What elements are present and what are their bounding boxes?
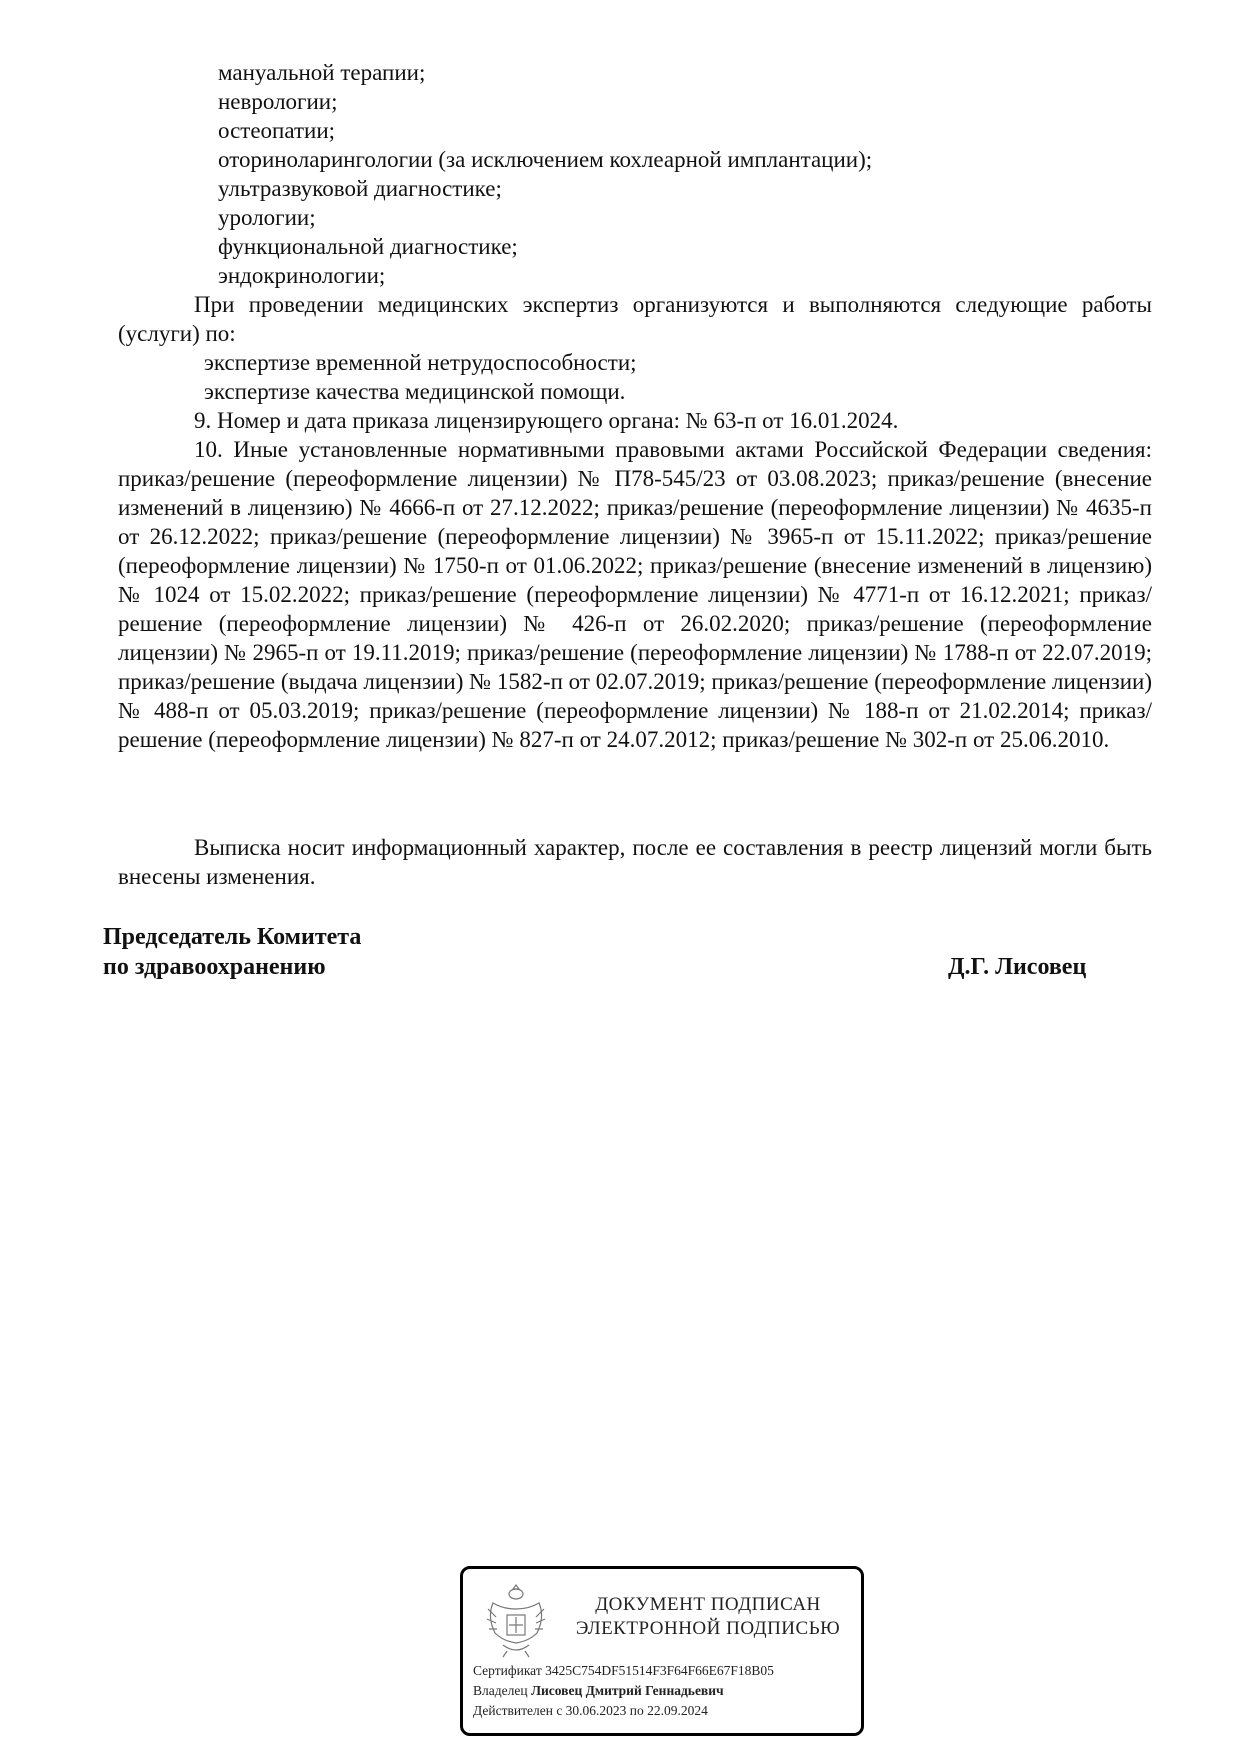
certificate-row: Сертификат 3425C754DF51514F3F64F66E67F18… bbox=[473, 1661, 774, 1681]
owner-row: Владелец Лисовец Дмитрий Геннадьевич bbox=[473, 1681, 774, 1701]
stamp-title: ДОКУМЕНТ ПОДПИСАН ЭЛЕКТРОННОЙ ПОДПИСЬЮ bbox=[563, 1593, 853, 1641]
item-10: 10. Иные установленные нормативными прав… bbox=[118, 435, 1152, 754]
validity-value: с 30.06.2023 по 22.09.2024 bbox=[556, 1703, 708, 1718]
validity-row: Действителен с 30.06.2023 по 22.09.2024 bbox=[473, 1701, 774, 1721]
owner-value: Лисовец Дмитрий Геннадьевич bbox=[531, 1683, 724, 1698]
certificate-value: 3425C754DF51514F3F64F66E67F18B05 bbox=[545, 1663, 774, 1678]
signatory-position: Председатель Комитета по здравоохранению bbox=[103, 922, 361, 982]
list-item: мануальной терапии; bbox=[218, 58, 872, 87]
specialties-list: мануальной терапии; неврологии; остеопат… bbox=[218, 58, 872, 290]
expertise-list: экспертизе временной нетрудоспособности;… bbox=[204, 348, 637, 406]
disclaimer: Выписка носит информационный характер, п… bbox=[118, 833, 1152, 891]
position-line-1: Председатель Комитета bbox=[103, 922, 361, 952]
expertise-intro: При проведении медицинских экспертиз орг… bbox=[118, 290, 1152, 348]
list-item: урологии; bbox=[218, 203, 872, 232]
signatory-name: Д.Г. Лисовец bbox=[948, 952, 1086, 982]
list-item: остеопатии; bbox=[218, 116, 872, 145]
coat-of-arms-icon bbox=[483, 1581, 549, 1661]
electronic-signature-stamp: ДОКУМЕНТ ПОДПИСАН ЭЛЕКТРОННОЙ ПОДПИСЬЮ С… bbox=[460, 1566, 864, 1736]
position-line-2: по здравоохранению bbox=[103, 952, 361, 982]
item-9: 9. Номер и дата приказа лицензирующего о… bbox=[118, 406, 1152, 435]
list-item: функциональной диагностике; bbox=[218, 232, 872, 261]
list-item: оториноларингологии (за исключением кохл… bbox=[218, 145, 872, 174]
stamp-details: Сертификат 3425C754DF51514F3F64F66E67F18… bbox=[473, 1661, 774, 1721]
list-item: экспертизе временной нетрудоспособности; bbox=[204, 348, 637, 377]
list-item: ультразвуковой диагностике; bbox=[218, 174, 872, 203]
document-page: мануальной терапии; неврологии; остеопат… bbox=[0, 0, 1240, 1754]
list-item: экспертизе качества медицинской помощи. bbox=[204, 377, 637, 406]
list-item: эндокринологии; bbox=[218, 261, 872, 290]
list-item: неврологии; bbox=[218, 87, 872, 116]
